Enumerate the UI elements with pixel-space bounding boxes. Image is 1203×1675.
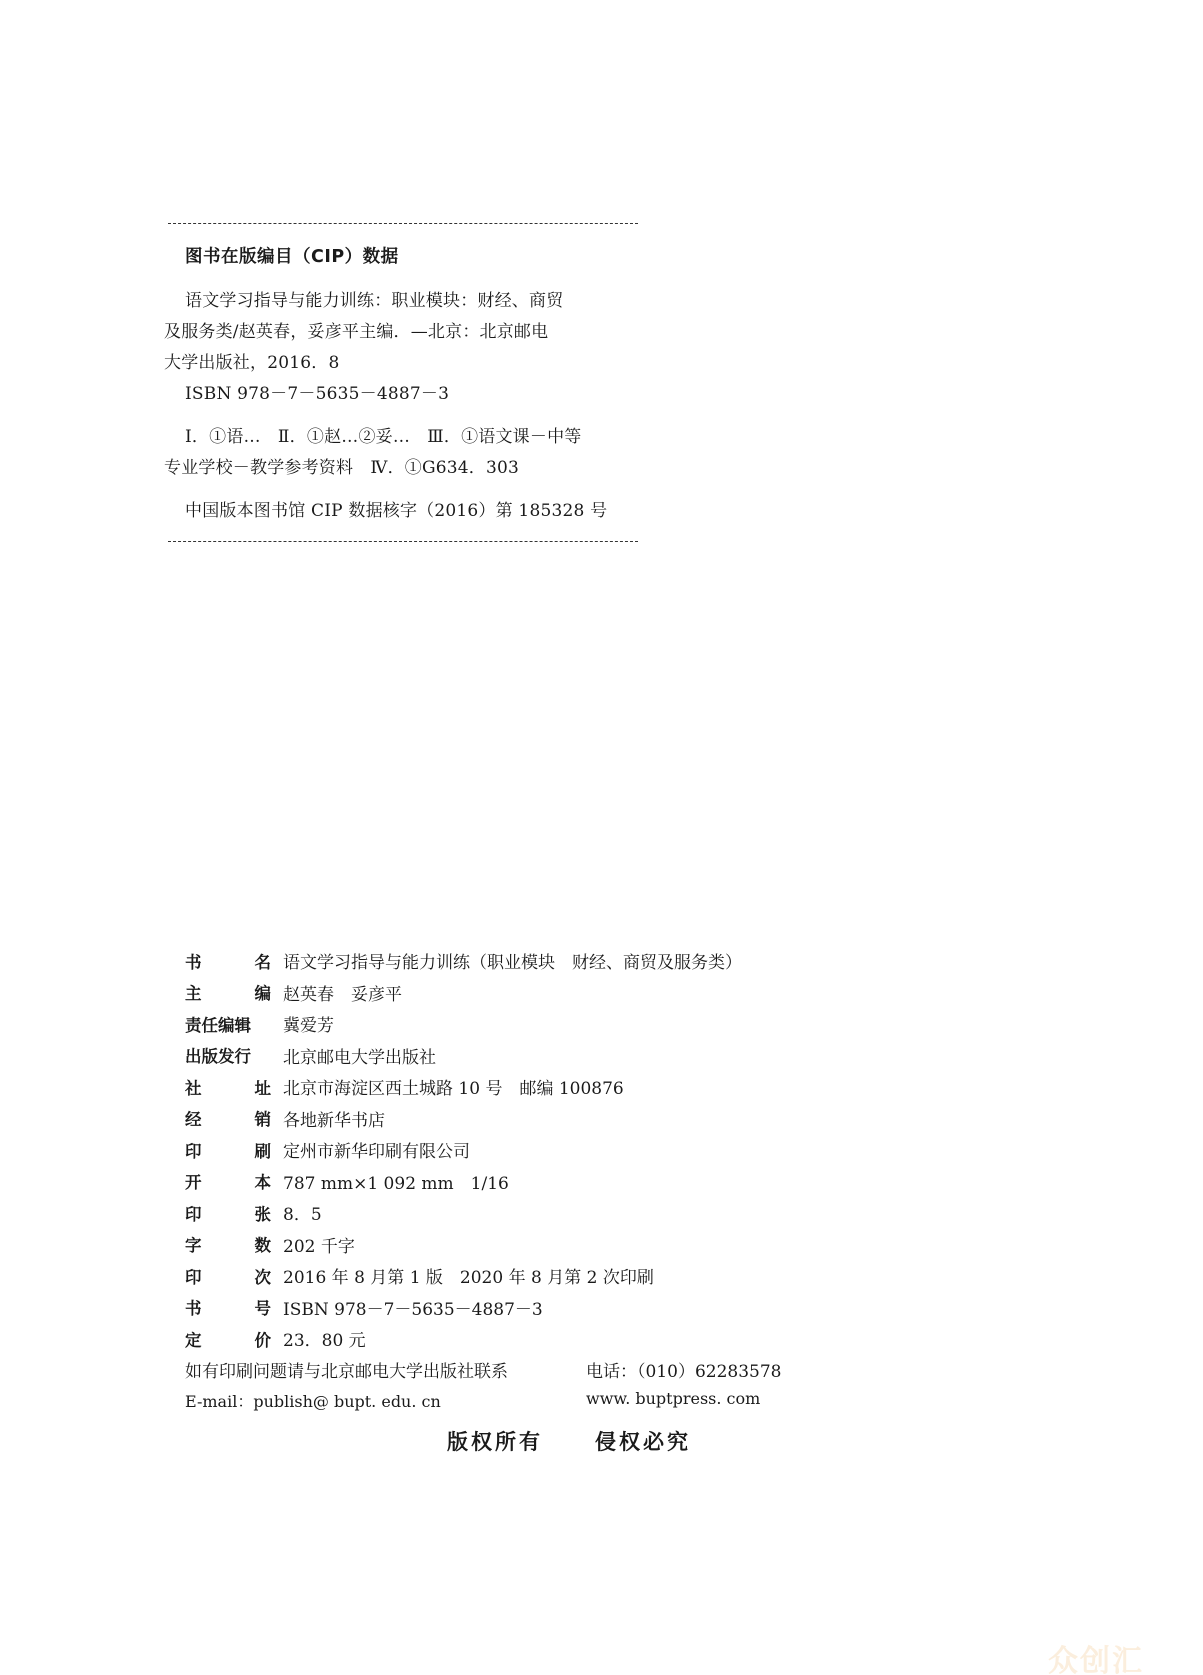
colophon-row: 社址北京市海淀区西土城路 10 号 邮编 100876 <box>185 1071 742 1103</box>
colophon-label-part: 社 <box>185 1075 202 1099</box>
colophon-label: 出版发行 <box>185 1043 271 1067</box>
colophon-label: 印次 <box>185 1264 271 1288</box>
website: www. buptpress. com <box>586 1389 760 1408</box>
cip-isbn: ISBN 978－7－5635－4887－3 <box>185 379 449 404</box>
colophon-label: 社址 <box>185 1075 271 1099</box>
colophon-value: ISBN 978－7－5635－4887－3 <box>283 1295 543 1320</box>
colophon-row: 印次2016 年 8 月第 1 版 2020 年 8 月第 2 次印刷 <box>185 1260 742 1292</box>
colophon-value: 2016 年 8 月第 1 版 2020 年 8 月第 2 次印刷 <box>283 1263 654 1288</box>
colophon-row: 定价23．80 元 <box>185 1323 742 1355</box>
colophon-row: 书名语文学习指导与能力训练（职业模块 财经、商贸及服务类） <box>185 945 742 977</box>
colophon-label-part: 经 <box>185 1106 202 1130</box>
cip-classification-cont: 专业学校－教学参考资料 Ⅳ．①G634．303 <box>164 453 519 478</box>
colophon-value: 202 千字 <box>283 1232 355 1257</box>
cip-line: 语文学习指导与能力训练：职业模块：财经、商贸 <box>185 286 563 311</box>
cip-heading: 图书在版编目（CIP）数据 <box>185 243 399 268</box>
colophon-row: 印刷定州市新华印刷有限公司 <box>185 1134 742 1166</box>
colophon-value: 787 mm×1 092 mm 1/16 <box>283 1169 509 1194</box>
colophon-label-part: 书 <box>185 1295 202 1319</box>
colophon-value: 23．80 元 <box>283 1326 366 1351</box>
colophon-label: 印刷 <box>185 1138 271 1162</box>
colophon-value: 语文学习指导与能力训练（职业模块 财经、商贸及服务类） <box>283 948 742 973</box>
cip-line: 大学出版社，2016．8 <box>164 348 339 373</box>
colophon-value: 定州市新华印刷有限公司 <box>283 1137 470 1162</box>
colophon-label-part: 名 <box>255 949 272 973</box>
colophon-label-part: 销 <box>255 1106 272 1130</box>
colophon-label-part: 开 <box>185 1169 202 1193</box>
colophon-row: 字数202 千字 <box>185 1229 742 1261</box>
colophon-label-part: 价 <box>255 1327 272 1351</box>
colophon-row: 印张8．5 <box>185 1197 742 1229</box>
colophon-value: 北京市海淀区西土城路 10 号 邮编 100876 <box>283 1074 624 1099</box>
colophon-label: 责任编辑 <box>185 1012 271 1036</box>
colophon-label-part: 本 <box>255 1169 272 1193</box>
colophon-label-part: 书 <box>185 949 202 973</box>
colophon-label-part: 印 <box>185 1264 202 1288</box>
phone: 电话：（010）62283578 <box>586 1357 781 1382</box>
colophon-value: 赵英春 妥彦平 <box>283 980 402 1005</box>
colophon-row: 责任编辑冀爱芳 <box>185 1008 742 1040</box>
colophon-label-part: 张 <box>255 1201 272 1225</box>
colophon-label-part: 数 <box>255 1232 272 1256</box>
colophon-row: 主编赵英春 妥彦平 <box>185 977 742 1009</box>
email-line: E-mail：publish@ bupt. edu. cn www. buptp… <box>185 1389 441 1412</box>
colophon-row: 出版发行北京邮电大学出版社 <box>185 1040 742 1072</box>
colophon-value: 北京邮电大学出版社 <box>283 1043 436 1068</box>
colophon-label: 经销 <box>185 1106 271 1130</box>
email: E-mail：publish@ bupt. edu. cn <box>185 1392 441 1411</box>
cip-bottom-divider <box>168 541 638 542</box>
colophon-label: 定价 <box>185 1327 271 1351</box>
cip-record-number: 中国版本图书馆 CIP 数据核字（2016）第 185328 号 <box>185 496 607 521</box>
colophon-label-part: 定 <box>185 1327 202 1351</box>
colophon-label: 书号 <box>185 1295 271 1319</box>
copyright-left: 版权所有 <box>447 1430 543 1454</box>
copyright-right: 侵权必究 <box>595 1430 691 1454</box>
colophon-row: 书号ISBN 978－7－5635－4887－3 <box>185 1292 742 1324</box>
colophon-value: 8．5 <box>283 1200 322 1225</box>
colophon-label: 开本 <box>185 1169 271 1193</box>
colophon-label-part: 主 <box>185 980 202 1004</box>
colophon-value: 各地新华书店 <box>283 1106 385 1131</box>
colophon-label: 印张 <box>185 1201 271 1225</box>
contact-line: 如有印刷问题请与北京邮电大学出版社联系 电话：（010）62283578 <box>185 1357 508 1382</box>
contact-note: 如有印刷问题请与北京邮电大学出版社联系 <box>185 1362 508 1382</box>
colophon-label-part: 次 <box>255 1264 272 1288</box>
colophon-label-part: 印 <box>185 1201 202 1225</box>
watermark-logo: 众创汇 <box>1048 1636 1144 1675</box>
cip-line: 及服务类/赵英春，妥彦平主编．—北京：北京邮电 <box>164 317 548 342</box>
colophon-label-part: 编 <box>255 980 272 1004</box>
colophon-row: 经销各地新华书店 <box>185 1103 742 1135</box>
colophon-value: 冀爱芳 <box>283 1011 334 1036</box>
colophon-label-part: 责任编辑 <box>185 1012 251 1036</box>
colophon-label: 字数 <box>185 1232 271 1256</box>
colophon-label-part: 印 <box>185 1138 202 1162</box>
cip-top-divider <box>168 223 638 224</box>
colophon-row: 开本787 mm×1 092 mm 1/16 <box>185 1166 742 1198</box>
cip-classification: Ⅰ．①语… Ⅱ．①赵…②妥… Ⅲ．①语文课－中等 <box>185 422 581 447</box>
colophon-label-part: 出版发行 <box>185 1043 251 1067</box>
colophon-label-part: 字 <box>185 1232 202 1256</box>
colophon-label-part: 址 <box>255 1075 272 1099</box>
colophon-label-part: 刷 <box>255 1138 272 1162</box>
colophon-label: 书名 <box>185 949 271 973</box>
colophon-label: 主编 <box>185 980 271 1004</box>
colophon-table: 书名语文学习指导与能力训练（职业模块 财经、商贸及服务类）主编赵英春 妥彦平责任… <box>185 945 742 1355</box>
colophon-label-part: 号 <box>255 1295 272 1319</box>
copyright-notice: 版权所有侵权必究 <box>447 1426 691 1456</box>
